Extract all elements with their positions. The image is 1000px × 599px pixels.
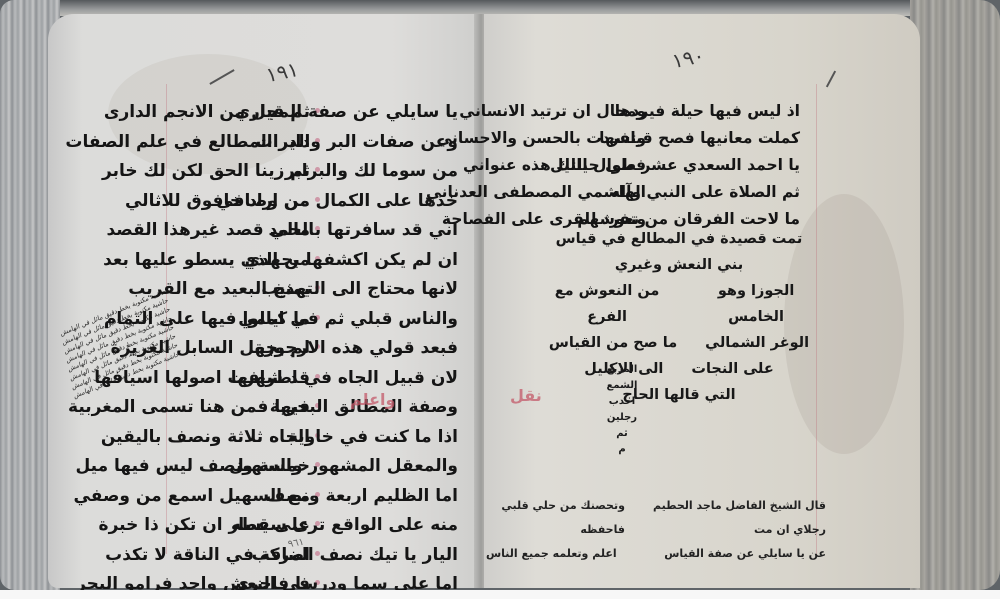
ruling-line	[816, 84, 817, 554]
red-ink-annotation: واعلم	[350, 390, 395, 409]
colophon-line: عن يا سايلي عن صفة القياس اعلم وتعلمه جم…	[486, 542, 826, 566]
table-row: على النجات الى الاكليل	[544, 356, 814, 382]
image-bottom-border	[0, 590, 1000, 599]
manuscript-photo: ١٩١ حاشية مكتوبة بخط دقيق مائل في الهامش…	[0, 0, 1000, 590]
table-row: التي قالها الحاج	[544, 382, 814, 408]
verse-line: فبعد قولي هذه الارجوزة	[318, 334, 458, 364]
verse-line: اما الظليم اربعة ونصف	[318, 482, 458, 512]
verse-line: لانها محتاج الى التهذيب	[318, 275, 458, 305]
verse-line: يا احمد السعدي عشر طوال الليل	[650, 152, 800, 179]
pencil-mark	[826, 71, 836, 88]
red-ink-annotation: نقل	[510, 386, 542, 405]
verse-line: ثم الصلاة على النبي وآله	[650, 179, 800, 206]
verse-line: منه على الواقع ترى سقطه	[318, 511, 458, 541]
colophon: قال الشيخ الفاضل ماجد الحطيم رجلاي ان مت…	[486, 494, 826, 566]
verse-line: يا سايلي عن صفة المجاري	[318, 98, 458, 128]
verse-line: والناس قبلي ثم في ايامي	[318, 305, 458, 335]
tapering-lines: المربع الشمع احدب رجلين ثم م	[592, 362, 652, 458]
table-row: الجوزا وهو الخامس من النعوش مع الفرع	[544, 278, 814, 330]
left-page-right-column: يا سايلي عن صفة المجاري وعن صفات البر وا…	[318, 98, 458, 590]
colophon-line: قال الشيخ الفاضل ماجد الحطيم رجلاي ان مت…	[486, 494, 826, 542]
page-number-left: ١٩١	[264, 57, 301, 87]
table-row: الوغر الشمالي ما صح من القياس	[544, 330, 814, 356]
book-right-edge	[910, 0, 1000, 590]
verse-line: اني قد سافرتها بالحمد	[318, 216, 458, 246]
right-page-right-column: اذ ليس فيها حيلة فيردها كملت معانيها فصح…	[650, 98, 800, 233]
verse-line: ان لم يكن اكشفها بجهدي	[318, 246, 458, 276]
centered-heading-and-table: تمت قصيدة في المطالع في قياس بني النعش و…	[544, 226, 814, 408]
verse-line: كملت معانيها فصح قياسها	[650, 125, 800, 152]
verse-line: اليار يا تيك نصف المركب	[318, 541, 458, 571]
verse-line: اما على سما ودرسا فاجري	[318, 570, 458, 590]
right-page: ١٩٠ ومحال ان ترتيد الانساني وتفردت بالحس…	[484, 14, 920, 588]
verse-line: اذ ليس فيها حيلة فيردها	[650, 98, 800, 125]
verse-line: لان قبيل الجاه في اطرافها	[318, 364, 458, 394]
page-number-right: ١٩٠	[670, 43, 707, 73]
verse-line: والمعقل المشهور والسهيل	[318, 452, 458, 482]
left-page: ١٩١ حاشية مكتوبة بخط دقيق مائل في الهامش…	[48, 14, 478, 588]
verse-line: اذا ما كنت في خاوية	[318, 423, 458, 453]
closing-heading: تمت قصيدة في المطالع في قياس بني النعش و…	[544, 226, 814, 278]
